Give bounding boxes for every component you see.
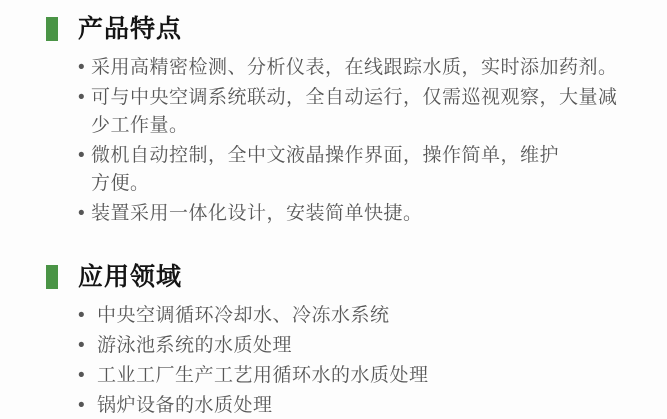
section-header: 产品特点 — [46, 14, 645, 44]
list-item-text: 游泳池系统的水质处理 — [97, 335, 292, 356]
list-item: • 游泳池系统的水质处理 — [78, 332, 645, 360]
bullet-dot-icon: • — [78, 362, 85, 390]
section-title: 产品特点 — [78, 14, 182, 44]
green-square-marker — [46, 265, 58, 289]
bullet-dot-icon: • — [78, 142, 85, 170]
bullet-dot-icon: • — [78, 332, 85, 360]
section-header: 应用领域 — [46, 262, 645, 292]
list-item: • 工业工厂生产工艺用循环水的水质处理 — [78, 362, 645, 390]
bullet-dot-icon: • — [78, 54, 85, 82]
green-square-marker — [46, 17, 58, 41]
section-application-areas: 应用领域 • 中央空调循环冷却水、冷冻水系统 • 游泳池系统的水质处理 • 工业… — [46, 262, 645, 419]
list-item: • 锅炉设备的水质处理 — [78, 392, 645, 419]
list-item-text: 可与中央空调系统联动，全自动运行，仅需巡视观察，大量减 少工作量。 — [91, 87, 618, 136]
list-item-text: 微机自动控制，全中文液晶操作界面，操作简单，维护 方便。 — [91, 145, 559, 194]
list-item-text: 采用高精密检测、分析仪表，在线跟踪水质，实时添加药剂。 — [91, 57, 618, 78]
bullet-list: • 中央空调循环冷却水、冷冻水系统 • 游泳池系统的水质处理 • 工业工厂生产工… — [78, 302, 645, 419]
list-item-text: 工业工厂生产工艺用循环水的水质处理 — [97, 365, 429, 386]
section-title: 应用领域 — [78, 262, 182, 292]
list-item: • 采用高精密检测、分析仪表，在线跟踪水质，实时添加药剂。 — [78, 54, 645, 82]
section-product-features: 产品特点 • 采用高精密检测、分析仪表，在线跟踪水质，实时添加药剂。 • 可与中… — [46, 14, 645, 228]
bullet-dot-icon: • — [78, 84, 85, 112]
list-item-text: 中央空调循环冷却水、冷冻水系统 — [97, 305, 390, 326]
bullet-dot-icon: • — [78, 392, 85, 419]
bullet-list: • 采用高精密检测、分析仪表，在线跟踪水质，实时添加药剂。 • 可与中央空调系统… — [78, 54, 645, 228]
document-page: 产品特点 • 采用高精密检测、分析仪表，在线跟踪水质，实时添加药剂。 • 可与中… — [0, 0, 667, 419]
list-item-text: 锅炉设备的水质处理 — [97, 395, 273, 416]
list-item-text: 装置采用一体化设计，安装简单快捷。 — [91, 203, 423, 224]
list-item: • 中央空调循环冷却水、冷冻水系统 — [78, 302, 645, 330]
list-item: • 装置采用一体化设计，安装简单快捷。 — [78, 200, 645, 228]
list-item: • 微机自动控制，全中文液晶操作界面，操作简单，维护 方便。 — [78, 142, 645, 198]
bullet-dot-icon: • — [78, 200, 85, 228]
list-item: • 可与中央空调系统联动，全自动运行，仅需巡视观察，大量减 少工作量。 — [78, 84, 645, 140]
bullet-dot-icon: • — [78, 302, 85, 330]
